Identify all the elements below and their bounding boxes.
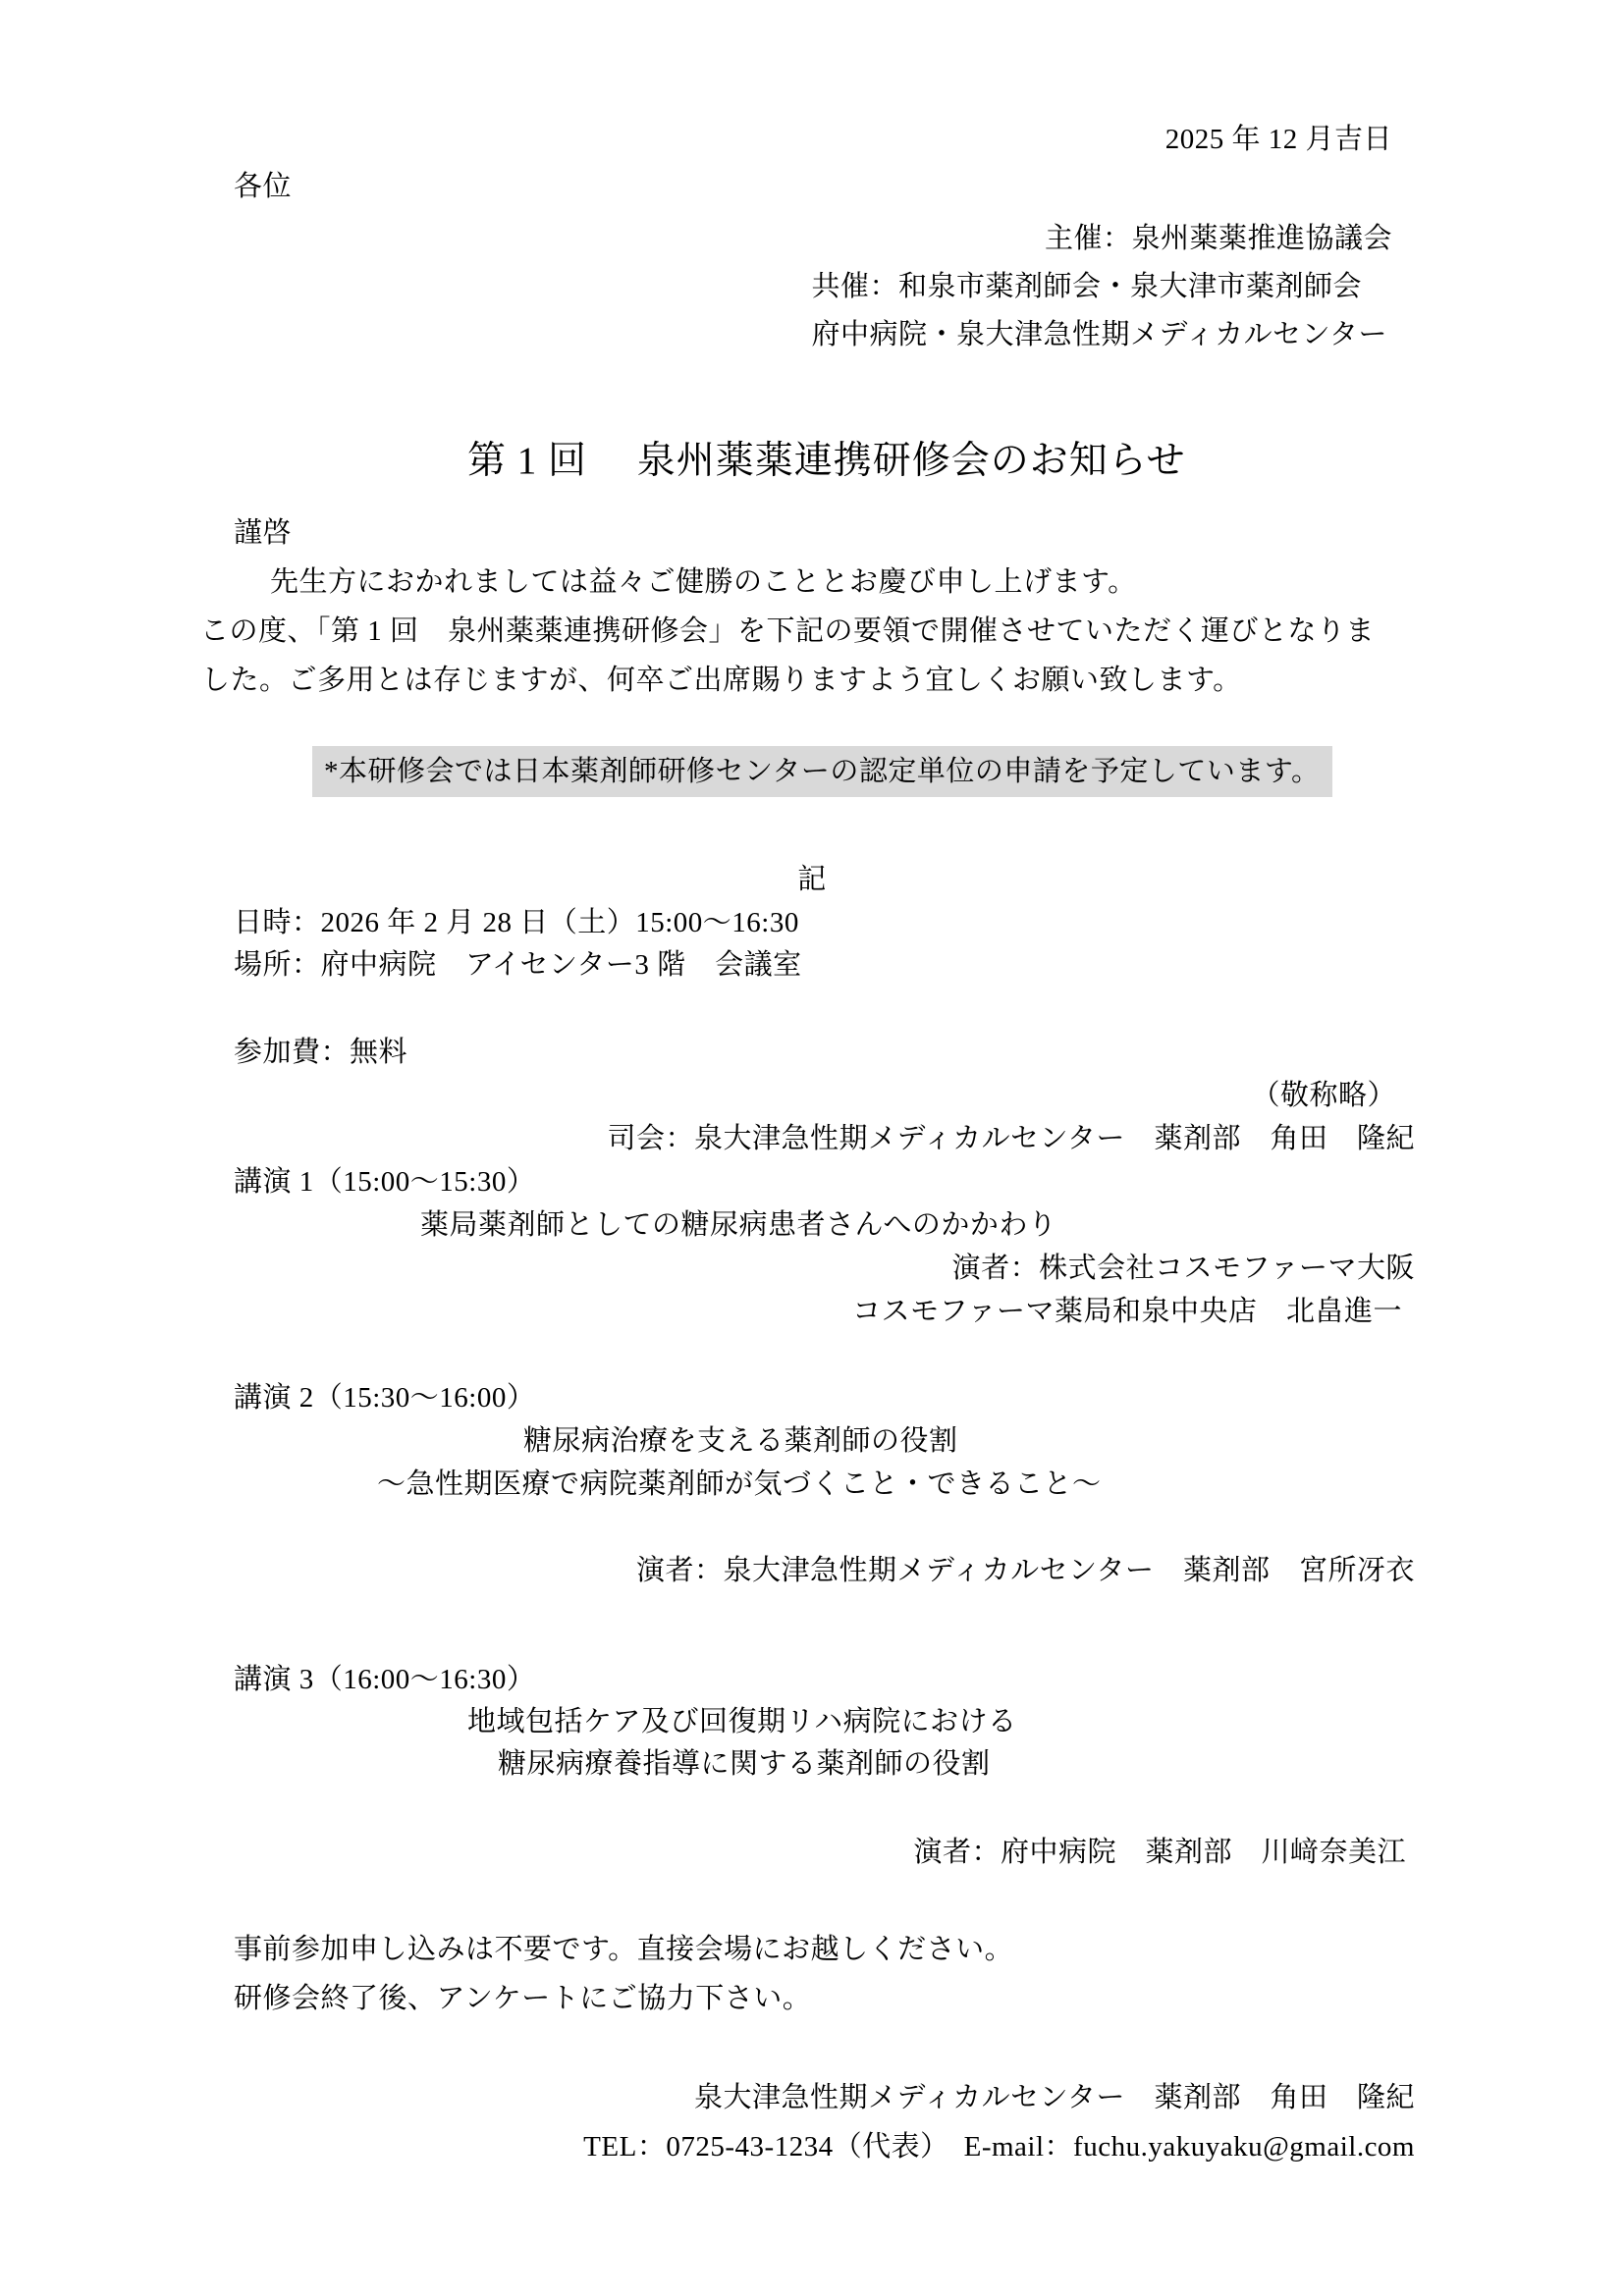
lecture3-title-line-1: 地域包括ケア及び回復期リハ病院における	[467, 1704, 1017, 1739]
honorific-note: （敬称略）	[1251, 1078, 1396, 1113]
lecture2-speaker: 演者：泉大津急性期メディカルセンター 薬剤部 宮所冴衣	[636, 1553, 1415, 1588]
fee-line: 参加費：無料	[234, 1035, 407, 1070]
lecture3-heading: 講演 3（16:00～16:30）	[234, 1662, 535, 1697]
signature-line: 泉大津急性期メディカルセンター 薬剤部 角田 隆紀	[694, 2080, 1415, 2115]
lecture1-speaker-name: コスモファーマ薬局和泉中央店 北畠進一	[852, 1294, 1402, 1329]
organizer-line: 主催：泉州薬薬推進協議会	[1045, 221, 1392, 256]
venue-line: 場所：府中病院 アイセンター3 階 会議室	[234, 947, 802, 983]
closing-note-2: 研修会終了後、アンケートにご協力下さい。	[234, 1981, 811, 2016]
record-mark: 記	[0, 862, 1624, 897]
lecture1-title: 薬局薬剤師としての糖尿病患者さんへのかかわり	[420, 1207, 1056, 1243]
contact-line: TEL：0725-43-1234（代表） E-mail：fuchu.yakuya…	[583, 2129, 1415, 2164]
cosponsor-line-2: 府中病院・泉大津急性期メディカルセンター	[811, 317, 1387, 352]
lecture3-title-line-2: 糖尿病療養指導に関する薬剤師の役割	[498, 1746, 991, 1782]
greeting-line-2: この度、「第 1 回 泉州薬薬連携研修会」を下記の要領で開催させていただく運びと…	[200, 614, 1375, 649]
greeting-line-3: した。ご多用とは存じますが、何卒ご出席賜りますよう宜しくお願い致します。	[201, 663, 1242, 698]
lecture2-title-line-1: 糖尿病治療を支える薬剤師の役割	[523, 1423, 958, 1459]
lecture2-heading: 講演 2（15:30～16:00）	[234, 1380, 535, 1415]
lecture3-speaker: 演者：府中病院 薬剤部 川﨑奈美江	[913, 1835, 1406, 1870]
date-line: 2025 年 12 月吉日	[1165, 122, 1392, 157]
greeting-line-1: 先生方におかれましては益々ご健勝のこととお慶び申し上げます。	[270, 564, 1137, 600]
document-title: 第 1 回 泉州薬薬連携研修会のお知らせ	[467, 438, 1186, 485]
moderator-line: 司会：泉大津急性期メディカルセンター 薬剤部 角田 隆紀	[607, 1121, 1415, 1156]
datetime-line: 日時：2026 年 2 月 28 日（土）15:00～16:30	[234, 905, 799, 940]
certification-note: *本研修会では日本薬剤師研修センターの認定単位の申請を予定しています。	[312, 746, 1332, 797]
salutation: 各位	[234, 169, 292, 204]
lecture1-speaker-company: 演者：株式会社コスモファーマ大阪	[952, 1251, 1415, 1286]
greeting-opening: 謹啓	[234, 515, 292, 551]
closing-note-1: 事前参加申し込みは不要です。直接会場にお越しください。	[234, 1932, 1013, 1967]
document-page: 2025 年 12 月吉日 各位 主催：泉州薬薬推進協議会 共催：和泉市薬剤師会…	[0, 0, 1624, 2296]
lecture1-heading: 講演 1（15:00～15:30）	[234, 1164, 535, 1200]
cosponsor-line-1: 共催：和泉市薬剤師会・泉大津市薬剤師会	[811, 269, 1362, 304]
lecture2-title-line-2: ～急性期医療で病院薬剤師が気づくこと・できること～	[377, 1467, 1102, 1502]
